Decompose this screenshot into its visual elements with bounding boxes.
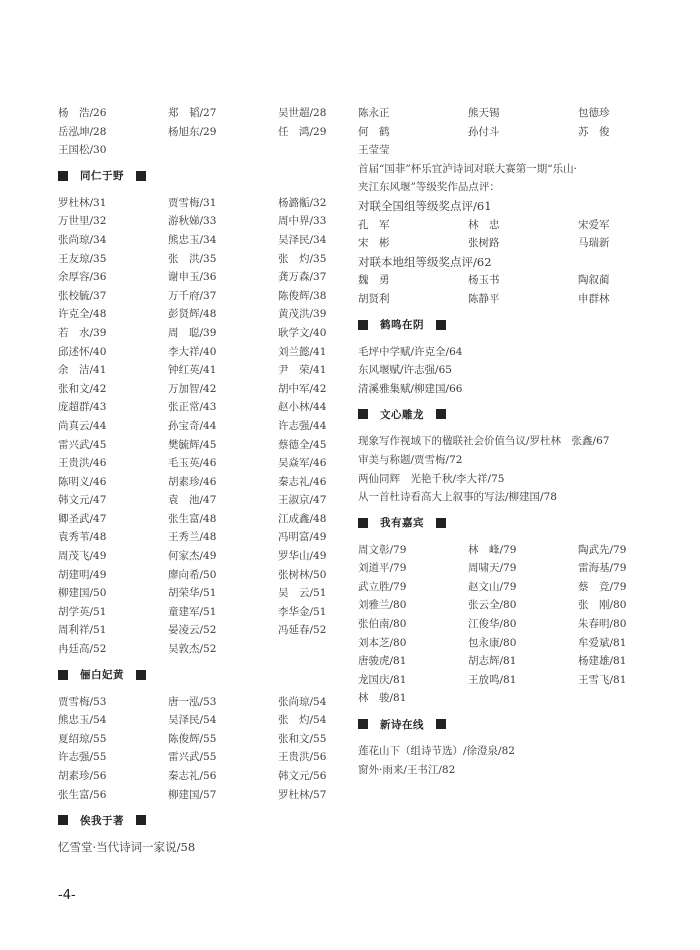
square-bullet-icon	[436, 719, 446, 729]
toc-entry: 胡素珍/56	[58, 767, 168, 786]
toc-entry: 杨旭东/29	[168, 123, 278, 142]
toc-row: 刘本芝/80包永康/80牟爱斌/81	[358, 634, 658, 653]
toc-entry: 林 骏/81	[358, 689, 406, 708]
square-bullet-icon	[136, 815, 146, 825]
toc-entry: 周利祥/51	[58, 621, 168, 640]
toc-entry: 卿圣武/47	[58, 510, 168, 529]
toc-entry: 何 鹤	[358, 123, 468, 142]
toc-entry: 唐骏虎/81	[358, 652, 468, 671]
square-bullet-icon	[136, 670, 146, 680]
toc-entry: 刘道平/79	[358, 559, 468, 578]
toc-row: 龙国庆/81王放鸣/81王雪飞/81	[358, 671, 658, 690]
toc-entry: 宋 彬	[358, 234, 468, 253]
toc-row: 张生富/56柳建国/57罗杜林/57	[58, 786, 348, 805]
toc-row: 王莹莹	[358, 141, 658, 160]
toc-row: 胡建明/49廖向希/50张树林/50	[58, 566, 348, 585]
toc-entry: 陈静平	[468, 290, 578, 309]
toc-entry: 万加智/42	[168, 380, 278, 399]
toc-row: 何 鹤 孙付斗 苏 俊	[358, 123, 658, 142]
toc-row: 宋 彬 张树路 马瑞新	[358, 234, 658, 253]
toc-row: 雷兴武/45樊毓辉/45蔡德全/45	[58, 436, 348, 455]
toc-entry: 秦志礼/46	[278, 473, 326, 492]
toc-entry: 陈永正	[358, 104, 468, 123]
toc-entry: 黄茂洪/39	[278, 305, 326, 324]
section-title: 文心雕龙	[380, 407, 424, 422]
section-title: 鹤鸣在阴	[380, 317, 424, 332]
toc-entry: 王雪飞/81	[578, 671, 626, 690]
toc-row: 胡学英/51童建军/51李华金/51	[58, 603, 348, 622]
toc-entry: 晏凌云/52	[168, 621, 278, 640]
toc-line: 从一首杜诗看高大上叙事的写法/柳建国/78	[358, 488, 658, 507]
toc-row: 岳泓坤/28 杨旭东/29 任 鸿/29	[58, 123, 348, 142]
toc-entry: 王放鸣/81	[468, 671, 578, 690]
toc-entry: 万世里/32	[58, 212, 168, 231]
toc-entry: 蔡 竞/79	[578, 578, 626, 597]
toc-entry: 若 水/39	[58, 324, 168, 343]
left-column: 杨 浩/26 郑 韬/27 吴世超/28 岳泓坤/28 杨旭东/29 任 鸿/2…	[58, 104, 348, 857]
toc-entry: 周 聪/39	[168, 324, 278, 343]
toc-entry: 贾雪梅/31	[168, 194, 278, 213]
toc-entry: 袁秀苇/48	[58, 528, 168, 547]
toc-entry: 熊天锡	[468, 104, 578, 123]
toc-entry: 王贵洪/56	[278, 748, 326, 767]
toc-entry: 游秋娣/33	[168, 212, 278, 231]
toc-row: 卿圣武/47张生富/48江成鑫/48	[58, 510, 348, 529]
toc-row: 尚真云/44孙宝奇/44许志强/44	[58, 417, 348, 436]
toc-row: 余厚容/36谢申玉/36龚万森/37	[58, 268, 348, 287]
section-heading: 同仁于野	[58, 167, 348, 185]
section-title: 俟我于著	[80, 813, 124, 828]
section-heading: 文心雕龙	[358, 405, 658, 423]
toc-entry: 朱春明/80	[578, 615, 626, 634]
toc-row: 魏 勇 杨玉书 陶叙蔺	[358, 271, 658, 290]
toc-entry: 王淑京/47	[278, 491, 326, 510]
toc-entry: 王秀兰/48	[168, 528, 278, 547]
square-bullet-icon	[358, 320, 368, 330]
toc-entry: 袁 池/47	[168, 491, 278, 510]
page-number: -4-	[58, 888, 76, 903]
toc-row: 夏绍琼/55陈俊辉/55张和文/55	[58, 730, 348, 749]
section-title: 我有嘉宾	[380, 515, 424, 530]
toc-entry: 邱述怀/40	[58, 343, 168, 362]
toc-row: 王贵洪/46毛玉英/46吴焱军/46	[58, 454, 348, 473]
toc-entry: 庞超群/43	[58, 398, 168, 417]
toc-entry: 秦志礼/56	[168, 767, 278, 786]
toc-row: 若 水/39周 聪/39耿学文/40	[58, 324, 348, 343]
square-bullet-icon	[136, 171, 146, 181]
toc-entry: 江俊华/80	[468, 615, 578, 634]
toc-entry: 杨玉书	[468, 271, 578, 290]
toc-entry: 雷海基/79	[578, 559, 626, 578]
toc-row: 罗杜林/31贾雪梅/31杨潞骺/32	[58, 194, 348, 213]
toc-entry: 谢申玉/36	[168, 268, 278, 287]
toc-entry: 孙付斗	[468, 123, 578, 142]
toc-entry: 周啸天/79	[468, 559, 578, 578]
toc-row: 王国松/30	[58, 141, 348, 160]
toc-row: 张尚琼/34熊忠玉/34吴泽民/34	[58, 231, 348, 250]
toc-entry: 包德珍	[578, 104, 610, 123]
toc-row: 贾雪梅/53唐一泓/53张尚琼/54	[58, 693, 348, 712]
toc-entry: 陶武先/79	[578, 541, 626, 560]
toc-entry: 张生富/56	[58, 786, 168, 805]
toc-entry: 吴泽民/54	[168, 711, 278, 730]
toc-row: 陈永正 熊天锡 包德珍	[358, 104, 658, 123]
section-title: 新诗在线	[380, 717, 424, 732]
toc-entry: 武立胜/79	[358, 578, 468, 597]
toc-entry: 孔 军	[358, 216, 468, 235]
contest-intro: 夹江东风堰”等级奖作品点评：	[358, 178, 658, 197]
section-heading: 俟我于著	[58, 811, 348, 829]
toc-entry: 刘兰懿/41	[278, 343, 326, 362]
toc-entry: 廖向希/50	[168, 566, 278, 585]
toc-entry: 彭贤辉/48	[168, 305, 278, 324]
toc-row: 张和文/42万加智/42胡中军/42	[58, 380, 348, 399]
toc-line: 两仙同辉 光艳千秋/李大祥/75	[358, 470, 658, 489]
toc-entry: 张和文/55	[278, 730, 326, 749]
square-bullet-icon	[436, 320, 446, 330]
toc-entry: 马瑞新	[578, 234, 610, 253]
toc-entry: 吴 云/51	[278, 584, 326, 603]
section-title: 俪白妃黄	[80, 667, 124, 682]
square-bullet-icon	[358, 518, 368, 528]
toc-entry: 韩文元/47	[58, 491, 168, 510]
toc-entry: 贾雪梅/53	[58, 693, 168, 712]
toc-entry: 李大祥/40	[168, 343, 278, 362]
toc-entry: 胡贤利	[358, 290, 468, 309]
toc-entry: 张云全/80	[468, 596, 578, 615]
toc-line: 忆雪堂·当代诗词一家说/58	[58, 838, 348, 857]
toc-entry: 余 洁/41	[58, 361, 168, 380]
toc-row: 庞超群/43张正常/43赵小林/44	[58, 398, 348, 417]
toc-row: 许志强/55雷兴武/55王贵洪/56	[58, 748, 348, 767]
toc-row: 周利祥/51晏凌云/52冯延春/52	[58, 621, 348, 640]
toc-entry: 耿学文/40	[278, 324, 326, 343]
toc-row: 周茂飞/49何家杰/49罗华山/49	[58, 547, 348, 566]
toc-entry: 王国松/30	[58, 141, 106, 160]
toc-entry: 余厚容/36	[58, 268, 168, 287]
toc-line: 清溪雅集赋/柳建国/66	[358, 380, 658, 399]
toc-entry: 毛玉英/46	[168, 454, 278, 473]
toc-line: 审美与称题/贾雪梅/72	[358, 451, 658, 470]
toc-row: 冉廷高/52吴敦杰/52	[58, 640, 348, 659]
toc-entry: 周茂飞/49	[58, 547, 168, 566]
right-column: 陈永正 熊天锡 包德珍 何 鹤 孙付斗 苏 俊 王莹莹 首届“国菲”杯乐宜泸诗词…	[358, 104, 658, 779]
toc-entry: 宋爱军	[578, 216, 610, 235]
square-bullet-icon	[436, 518, 446, 528]
section-entries: 周文彰/79林 峰/79陶武先/79刘道平/79周啸天/79雷海基/79武立胜/…	[358, 541, 658, 708]
toc-entry: 赵文山/79	[468, 578, 578, 597]
toc-row: 韩文元/47袁 池/47王淑京/47	[58, 491, 348, 510]
section-entries: 贾雪梅/53唐一泓/53张尚琼/54熊忠玉/54吴泽民/54张 灼/54夏绍琼/…	[58, 693, 348, 805]
toc-entry: 钟红英/41	[168, 361, 278, 380]
toc-row: 胡贤利 陈静平 申群林	[358, 290, 658, 309]
toc-entry: 杨潞骺/32	[278, 194, 326, 213]
toc-row: 胡素珍/56秦志礼/56韩文元/56	[58, 767, 348, 786]
toc-entry: 唐一泓/53	[168, 693, 278, 712]
toc-entry: 陶叙蔺	[578, 271, 610, 290]
toc-line: 毛坪中学赋/许克全/64	[358, 343, 658, 362]
toc-row: 许克全/48彭贤辉/48黄茂洪/39	[58, 305, 348, 324]
toc-line: 莲花山下（组诗节选）/徐澄泉/82	[358, 742, 658, 761]
toc-entry: 夏绍琼/55	[58, 730, 168, 749]
toc-row: 唐骏虎/81胡志辉/81杨建雄/81	[358, 652, 658, 671]
toc-entry: 冉廷高/52	[58, 640, 168, 659]
toc-row: 刘雅兰/80张云全/80张 刚/80	[358, 596, 658, 615]
toc-entry: 柳建国/50	[58, 584, 168, 603]
toc-entry: 雷兴武/55	[168, 748, 278, 767]
toc-entry: 龚万森/37	[278, 268, 326, 287]
toc-entry: 郑 韬/27	[168, 104, 278, 123]
square-bullet-icon	[436, 409, 446, 419]
toc-row: 张校毓/37万千府/37陈俊辉/38	[58, 287, 348, 306]
toc-entry: 任 鸿/29	[278, 123, 326, 142]
toc-row: 武立胜/79赵文山/79蔡 竞/79	[358, 578, 658, 597]
toc-entry: 陈俊辉/55	[168, 730, 278, 749]
toc-row: 熊忠玉/54吴泽民/54张 灼/54	[58, 711, 348, 730]
toc-row: 孔 军 林 忠 宋爱军	[358, 216, 658, 235]
toc-entry: 张伯南/80	[358, 615, 468, 634]
toc-row: 柳建国/50胡荣华/51吴 云/51	[58, 584, 348, 603]
contest-subheading: 对联本地组等级奖点评/62	[358, 253, 658, 272]
toc-entry: 何家杰/49	[168, 547, 278, 566]
toc-entry: 陈俊辉/38	[278, 287, 326, 306]
toc-entry: 李华金/51	[278, 603, 326, 622]
toc-entry: 蔡德全/45	[278, 436, 326, 455]
toc-entry: 林 忠	[468, 216, 578, 235]
toc-entry: 童建军/51	[168, 603, 278, 622]
toc-entry: 包永康/80	[468, 634, 578, 653]
section-heading: 我有嘉宾	[358, 514, 658, 532]
toc-entry: 周文彰/79	[358, 541, 468, 560]
toc-entry: 韩文元/56	[278, 767, 326, 786]
toc-entry: 杨 浩/26	[58, 104, 168, 123]
toc-entry: 熊忠玉/54	[58, 711, 168, 730]
toc-entry: 尹 荣/41	[278, 361, 326, 380]
toc-entry: 张正常/43	[168, 398, 278, 417]
toc-entry: 罗杜林/31	[58, 194, 168, 213]
toc-entry: 张 刚/80	[578, 596, 626, 615]
toc-row: 杨 浩/26 郑 韬/27 吴世超/28	[58, 104, 348, 123]
toc-entry: 张尚琼/34	[58, 231, 168, 250]
toc-entry: 王莹莹	[358, 141, 390, 160]
toc-entry: 牟爱斌/81	[578, 634, 626, 653]
toc-entry: 冯延春/52	[278, 621, 326, 640]
toc-row: 邱述怀/40李大祥/40刘兰懿/41	[58, 343, 348, 362]
toc-row: 王友琼/35张 洪/35张 灼/35	[58, 250, 348, 269]
toc-entry: 吴泽民/34	[278, 231, 326, 250]
toc-entry: 申群林	[578, 290, 610, 309]
toc-entry: 刘本芝/80	[358, 634, 468, 653]
toc-entry: 万千府/37	[168, 287, 278, 306]
toc-entry: 赵小林/44	[278, 398, 326, 417]
toc-entry: 熊忠玉/34	[168, 231, 278, 250]
toc-entry: 张树林/50	[278, 566, 326, 585]
toc-entry: 张和文/42	[58, 380, 168, 399]
toc-line: 东风堰赋/许志强/65	[358, 361, 658, 380]
toc-entry: 岳泓坤/28	[58, 123, 168, 142]
toc-entry: 王贵洪/46	[58, 454, 168, 473]
toc-row: 袁秀苇/48王秀兰/48冯明富/49	[58, 528, 348, 547]
toc-entry: 龙国庆/81	[358, 671, 468, 690]
section-heading: 鹤鸣在阴	[358, 316, 658, 334]
toc-entry: 胡志辉/81	[468, 652, 578, 671]
square-bullet-icon	[358, 409, 368, 419]
toc-entry: 胡建明/49	[58, 566, 168, 585]
toc-entry: 张 灼/54	[278, 711, 326, 730]
toc-entry: 孙宝奇/44	[168, 417, 278, 436]
toc-entry: 陈明义/46	[58, 473, 168, 492]
toc-entry: 许志强/55	[58, 748, 168, 767]
toc-entry: 吴世超/28	[278, 104, 326, 123]
toc-entry: 胡学英/51	[58, 603, 168, 622]
toc-entry: 罗杜林/57	[278, 786, 326, 805]
square-bullet-icon	[58, 171, 68, 181]
toc-row: 林 骏/81	[358, 689, 658, 708]
toc-entry: 张树路	[468, 234, 578, 253]
toc-row: 陈明义/46胡素珍/46秦志礼/46	[58, 473, 348, 492]
toc-entry: 胡中军/42	[278, 380, 326, 399]
toc-entry: 苏 俊	[578, 123, 610, 142]
square-bullet-icon	[58, 815, 68, 825]
toc-row: 余 洁/41钟红英/41尹 荣/41	[58, 361, 348, 380]
toc-entry: 吴焱军/46	[278, 454, 326, 473]
toc-entry: 罗华山/49	[278, 547, 326, 566]
section-entries: 罗杜林/31贾雪梅/31杨潞骺/32万世里/32游秋娣/33周中界/33张尚琼/…	[58, 194, 348, 659]
contest-subheading: 对联全国组等级奖点评/61	[358, 197, 658, 216]
toc-entry: 张生富/48	[168, 510, 278, 529]
toc-entry: 许克全/48	[58, 305, 168, 324]
toc-entry: 张 灼/35	[278, 250, 326, 269]
toc-entry: 张校毓/37	[58, 287, 168, 306]
toc-entry: 林 峰/79	[468, 541, 578, 560]
toc-entry: 雷兴武/45	[58, 436, 168, 455]
toc-row: 万世里/32游秋娣/33周中界/33	[58, 212, 348, 231]
toc-row: 周文彰/79林 峰/79陶武先/79	[358, 541, 658, 560]
toc-entry: 胡素珍/46	[168, 473, 278, 492]
toc-entry: 周中界/33	[278, 212, 326, 231]
toc-line: 现象写作视域下的楹联社会价值刍议/罗杜林 张鑫/67	[358, 432, 658, 451]
section-heading: 俪白妃黄	[58, 666, 348, 684]
toc-entry: 尚真云/44	[58, 417, 168, 436]
toc-entry: 柳建国/57	[168, 786, 278, 805]
toc-entry: 张尚琼/54	[278, 693, 326, 712]
toc-row: 张伯南/80江俊华/80朱春明/80	[358, 615, 658, 634]
toc-entry: 江成鑫/48	[278, 510, 326, 529]
toc-entry: 樊毓辉/45	[168, 436, 278, 455]
square-bullet-icon	[58, 670, 68, 680]
toc-entry: 刘雅兰/80	[358, 596, 468, 615]
toc-entry: 魏 勇	[358, 271, 468, 290]
contest-intro: 首届“国菲”杯乐宜泸诗词对联大赛第一期“乐山·	[358, 160, 658, 179]
toc-entry: 许志强/44	[278, 417, 326, 436]
toc-entry: 冯明富/49	[278, 528, 326, 547]
section-heading: 新诗在线	[358, 715, 658, 733]
section-title: 同仁于野	[80, 168, 124, 183]
toc-entry: 王友琼/35	[58, 250, 168, 269]
toc-entry: 吴敦杰/52	[168, 640, 216, 659]
toc-entry: 胡荣华/51	[168, 584, 278, 603]
square-bullet-icon	[358, 719, 368, 729]
toc-entry: 杨建雄/81	[578, 652, 626, 671]
toc-entry: 张 洪/35	[168, 250, 278, 269]
toc-row: 刘道平/79周啸天/79雷海基/79	[358, 559, 658, 578]
toc-line: 窗外·雨来/王书江/82	[358, 761, 658, 780]
